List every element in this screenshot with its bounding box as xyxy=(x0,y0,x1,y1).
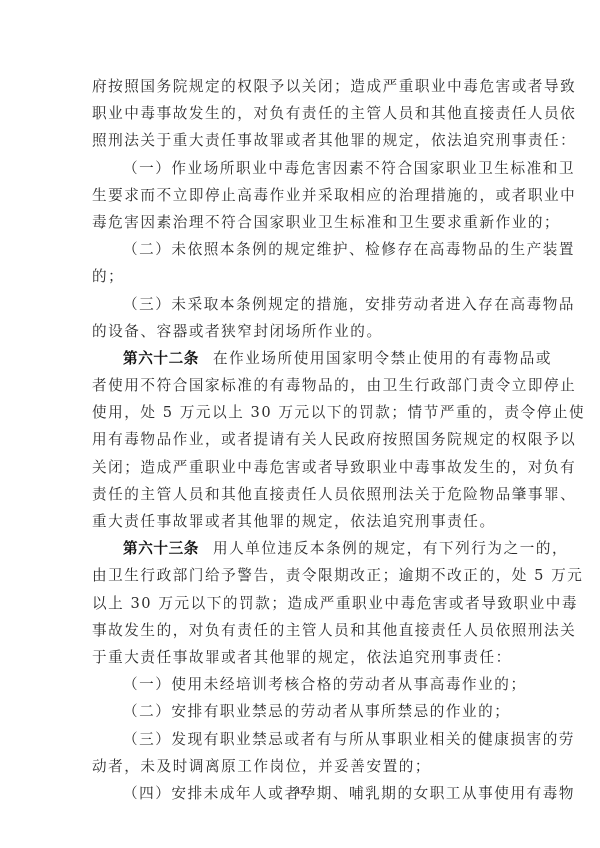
line-text: 使用，处 5 万元以上 30 万元以下的罚款；情节严重的，责令停止使 xyxy=(92,404,585,421)
text-line: 于重大责任事故罪或者其他罪的规定，依法追究刑事责任： xyxy=(92,644,510,671)
line-text: 者使用不符合国家标准的有毒物品的，由卫生行政部门责令立即停止 xyxy=(92,377,576,394)
line-text: （二）安排有职业禁忌的劳动者从事所禁忌的作业的； xyxy=(123,703,510,720)
line-text: （三）发现有职业禁忌或者有与所从事职业相关的健康损害的劳 xyxy=(123,731,575,748)
line-text: （二）未依照本条例的规定维护、检修存在高毒物品的生产装置 xyxy=(123,241,575,258)
text-line: （三）未采取本条例规定的措施，安排劳动者进入存在高毒物品 xyxy=(92,291,510,318)
document-page: 府按照国务院规定的权限予以关闭；造成严重职业中毒危害或者导致职业中毒事故发生的，… xyxy=(0,0,600,848)
line-text: 在作业场所使用国家明令禁止使用的有毒物品或 xyxy=(213,350,552,367)
text-line: 毒危害因素治理不符合国家职业卫生标准和卫生要求重新作业的； xyxy=(92,209,510,236)
text-line: 使用，处 5 万元以上 30 万元以下的罚款；情节严重的，责令停止使 xyxy=(92,399,510,426)
line-text: 毒危害因素治理不符合国家职业卫生标准和卫生要求重新作业的； xyxy=(92,214,560,231)
text-line: 职业中毒事故发生的，对负有责任的主管人员和其他直接责任人员依 xyxy=(92,100,510,127)
article-heading: 第六十二条 xyxy=(123,350,199,367)
text-line: 关闭；造成严重职业中毒危害或者导致职业中毒事故发生的，对负有 xyxy=(92,454,510,481)
text-line: 以上 30 万元以下的罚款；造成严重职业中毒危害或者导致职业中毒 xyxy=(92,590,510,617)
line-text: 由卫生行政部门给予警告，责令限期改正；逾期不改正的，处 5 万元 xyxy=(92,567,583,584)
line-text: 责任的主管人员和其他直接责任人员依照刑法关于危险物品肇事罪、 xyxy=(92,486,576,503)
line-text: 用人单位违反本条例的规定，有下列行为之一的， xyxy=(213,540,568,557)
line-text: 职业中毒事故发生的，对负有责任的主管人员和其他直接责任人员依 xyxy=(92,105,576,122)
line-text: 动者，未及时调离原工作岗位，并妥善安置的； xyxy=(92,758,431,775)
text-line: 照刑法关于重大责任事故罪或者其他罪的规定，依法追究刑事责任： xyxy=(92,127,510,154)
line-text: 的； xyxy=(92,268,124,285)
text-line: （二）未依照本条例的规定维护、检修存在高毒物品的生产装置 xyxy=(92,236,510,263)
line-text: 照刑法关于重大责任事故罪或者其他罪的规定，依法追究刑事责任： xyxy=(92,132,576,149)
text-line: （二）安排有职业禁忌的劳动者从事所禁忌的作业的； xyxy=(92,698,510,725)
text-line: 者使用不符合国家标准的有毒物品的，由卫生行政部门责令立即停止 xyxy=(92,372,510,399)
line-text: 府按照国务院规定的权限予以关闭；造成严重职业中毒危害或者导致 xyxy=(92,78,576,95)
line-text: （三）未采取本条例规定的措施，安排劳动者进入存在高毒物品 xyxy=(123,296,575,313)
text-line: （三）发现有职业禁忌或者有与所从事职业相关的健康损害的劳 xyxy=(92,726,510,753)
text-line: 事故发生的，对负有责任的主管人员和其他直接责任人员依照刑法关 xyxy=(92,617,510,644)
line-text: 重大责任事故罪或者其他罪的规定，依法追究刑事责任。 xyxy=(92,513,496,530)
line-text: 的设备、容器或者狭窄封闭场所作业的。 xyxy=(92,323,383,340)
article-first-line: 第六十二条在作业场所使用国家明令禁止使用的有毒物品或 xyxy=(92,345,510,372)
text-line: （一）使用未经培训考核合格的劳动者从事高毒作业的； xyxy=(92,671,510,698)
line-text: 关闭；造成严重职业中毒危害或者导致职业中毒事故发生的，对负有 xyxy=(92,459,576,476)
text-line: 责任的主管人员和其他直接责任人员依照刑法关于危险物品肇事罪、 xyxy=(92,481,510,508)
text-line: 动者，未及时调离原工作岗位，并妥善安置的； xyxy=(92,753,510,780)
page-number: 43 xyxy=(0,785,600,797)
article-heading: 第六十三条 xyxy=(123,540,199,557)
line-text: 以上 30 万元以下的罚款；造成严重职业中毒危害或者导致职业中毒 xyxy=(92,595,578,612)
text-line: 府按照国务院规定的权限予以关闭；造成严重职业中毒危害或者导致 xyxy=(92,73,510,100)
text-line: 用有毒物品作业，或者提请有关人民政府按照国务院规定的权限予以 xyxy=(92,426,510,453)
article-first-line: 第六十三条用人单位违反本条例的规定，有下列行为之一的， xyxy=(92,535,510,562)
line-text: 用有毒物品作业，或者提请有关人民政府按照国务院规定的权限予以 xyxy=(92,431,576,448)
text-line: （一）作业场所职业中毒危害因素不符合国家职业卫生标准和卫 xyxy=(92,155,510,182)
text-line: 的； xyxy=(92,263,510,290)
text-line: 生要求而不立即停止高毒作业并采取相应的治理措施的，或者职业中 xyxy=(92,182,510,209)
line-text: （一）使用未经培训考核合格的劳动者从事高毒作业的； xyxy=(123,676,527,693)
text-line: 由卫生行政部门给予警告，责令限期改正；逾期不改正的，处 5 万元 xyxy=(92,562,510,589)
line-text: 生要求而不立即停止高毒作业并采取相应的治理措施的，或者职业中 xyxy=(92,187,576,204)
line-text: （一）作业场所职业中毒危害因素不符合国家职业卫生标准和卫 xyxy=(123,160,575,177)
document-body: 府按照国务院规定的权限予以关闭；造成严重职业中毒危害或者导致职业中毒事故发生的，… xyxy=(92,73,510,807)
text-line: 重大责任事故罪或者其他罪的规定，依法追究刑事责任。 xyxy=(92,508,510,535)
line-text: 事故发生的，对负有责任的主管人员和其他直接责任人员依照刑法关 xyxy=(92,622,576,639)
text-line: 的设备、容器或者狭窄封闭场所作业的。 xyxy=(92,318,510,345)
line-text: 于重大责任事故罪或者其他罪的规定，依法追究刑事责任： xyxy=(92,649,512,666)
